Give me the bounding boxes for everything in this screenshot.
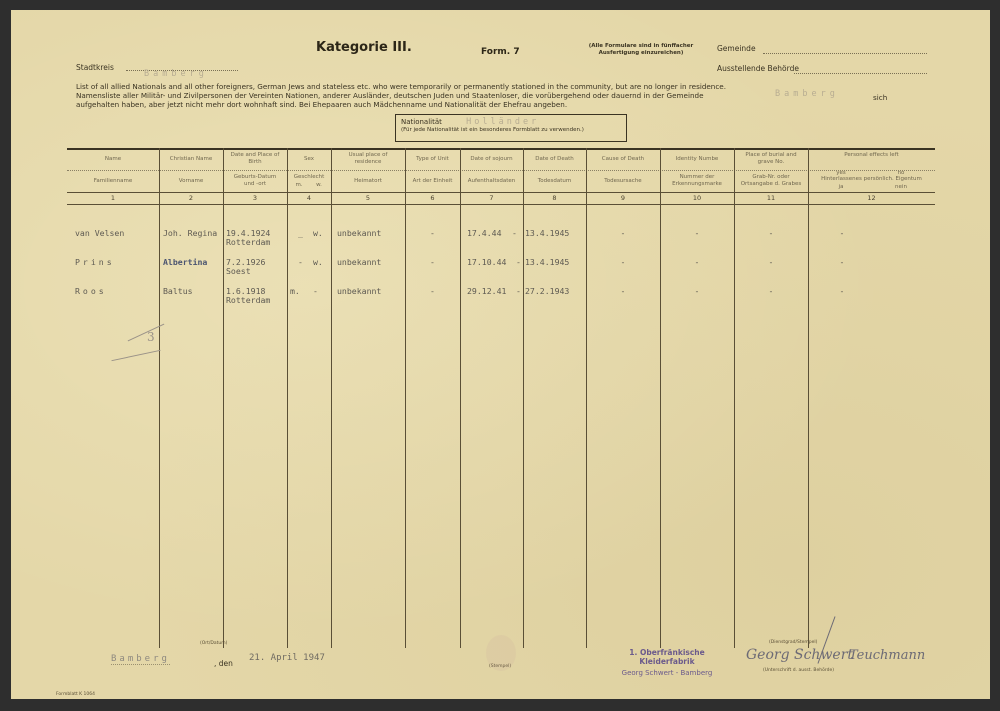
gemeinde-field[interactable]: [763, 44, 927, 54]
col11-en: Place of burial and grave No.: [739, 152, 803, 166]
cell-death: 13.4.1945: [525, 258, 569, 267]
col-divider: [523, 148, 524, 648]
rank-caption: (Dienstgrad/Stempel): [769, 640, 817, 645]
col6-en: Type of Unit: [405, 156, 460, 163]
cell-sojourn: 29.12.41: [467, 287, 506, 296]
cell-residence: unbekannt: [337, 258, 381, 267]
col12-ja: ja: [831, 184, 851, 191]
cell-grave: -: [734, 229, 808, 238]
cell-effects: -: [808, 229, 876, 238]
company-stamp: 1. Oberfränkische Kleiderfabrik Georg Sc…: [607, 648, 727, 677]
cell-sojourn: 17.4.44: [467, 229, 502, 238]
cell-cause: -: [586, 287, 660, 296]
col5-en: Usual place of residence: [341, 152, 395, 166]
numbers-bottom-rule: [67, 204, 935, 205]
col7-de: Aufenthaltsdaten: [460, 178, 523, 185]
cell-name: Roos: [75, 287, 107, 296]
col-divider: [586, 148, 587, 648]
col12-de: Hinterlassenes persönlich. Eigentum: [808, 176, 935, 183]
col3-en: Date and Place of Birth: [229, 152, 281, 166]
form-code: Formblatt K 1064: [56, 692, 95, 697]
col-divider: [223, 148, 224, 648]
col9-de: Todesursache: [586, 178, 660, 185]
header-bottom-rule: [67, 192, 935, 193]
col5-de: Heimatort: [331, 178, 405, 185]
nationality-note: (Für jede Nationalität ist ein besondere…: [401, 127, 621, 133]
cell-unit: -: [405, 287, 460, 296]
document-page: Kategorie III. Form. 7 (Alle Formulare s…: [11, 10, 990, 699]
cell-sojourn: 17.10.44: [467, 258, 506, 267]
col-divider: [734, 148, 735, 648]
col1-num: 1: [67, 194, 159, 202]
cell-sex-w: w.: [313, 258, 323, 267]
cell-sex-w: w.: [313, 229, 323, 238]
col1-en: Name: [67, 156, 159, 163]
gemeinde-label: Gemeinde: [717, 44, 756, 53]
cell-death: 27.2.1943: [525, 287, 569, 296]
col10-de: Nummer der Erkennungsmarke: [670, 174, 724, 188]
signature-1: Georg Schwert: [746, 647, 853, 663]
form-number: Form. 7: [481, 47, 520, 57]
col4-m: m.: [291, 182, 307, 189]
nationality-value: Holländer: [466, 117, 539, 127]
cell-death: 13.4.1945: [525, 229, 569, 238]
col-divider: [287, 148, 288, 648]
col7-num: 7: [460, 194, 523, 202]
behoerde-field[interactable]: [794, 64, 927, 74]
col6-de: Art der Einheit: [405, 178, 460, 185]
cell-name: Prins: [75, 258, 115, 267]
intro-english: List of all allied Nationals and all oth…: [76, 82, 726, 91]
col4-de: Geschlecht: [287, 174, 331, 181]
col6-num: 6: [405, 194, 460, 202]
col7-en: Date of sojourn: [460, 156, 523, 163]
cell-birth-place: Soest: [226, 267, 251, 276]
col-divider: [405, 148, 406, 648]
date-field: 21. April 1947: [249, 653, 325, 663]
col10-en: Identity Numbe: [660, 156, 734, 163]
stadtkreis-label: Stadtkreis: [76, 63, 114, 72]
place-field: Bamberg: [111, 654, 170, 665]
nationality-box: Nationalität Holländer (Für jede Nationa…: [395, 114, 627, 142]
cell-id: -: [660, 229, 734, 238]
col1-de: Familienname: [67, 178, 159, 185]
col8-num: 8: [523, 194, 586, 202]
col4-en: Sex: [287, 156, 331, 163]
cell-name: van Velsen: [75, 229, 124, 238]
cell-cause: -: [586, 258, 660, 267]
den-label: , den: [214, 659, 233, 668]
cell-id: -: [660, 258, 734, 267]
cell-cause: -: [586, 229, 660, 238]
intro-german-line1: Namensliste aller Militär- und Zivilpers…: [76, 91, 704, 100]
cell-vorname: Joh. Regina: [163, 229, 217, 238]
cell-grave: -: [734, 258, 808, 267]
faded-seal: [486, 635, 516, 671]
col2-num: 2: [159, 194, 223, 202]
col10-num: 10: [660, 194, 734, 202]
col4-num: 4: [287, 194, 331, 202]
intro-german-line2: aufgehalten haben, aber jetzt nicht mehr…: [76, 100, 567, 109]
nationality-label: Nationalität: [401, 118, 442, 126]
cell-birth-place: Rotterdam: [226, 296, 270, 305]
cell-effects: -: [808, 258, 876, 267]
col2-de: Vorname: [159, 178, 223, 185]
cell-grave: -: [734, 287, 808, 296]
col11-num: 11: [734, 194, 808, 202]
col11-de: Grab-Nr. oder Ortsangabe d. Grabes: [737, 174, 805, 188]
header-separator: [67, 170, 935, 171]
col12-num: 12: [808, 194, 935, 202]
copies-note: (Alle Formulare sind in fünffacher Ausfe…: [571, 43, 711, 57]
col4-w: w.: [311, 182, 327, 189]
cell-sex-m: _: [298, 229, 303, 238]
cell-sex-m: -: [298, 258, 303, 267]
intro-sich: sich: [873, 93, 887, 102]
cell-vorname: Baltus: [163, 287, 193, 296]
col5-num: 5: [331, 194, 405, 202]
col8-de: Todesdatum: [523, 178, 586, 185]
pencil-mark: [111, 350, 160, 361]
col9-num: 9: [586, 194, 660, 202]
cell-birth-place: Rotterdam: [226, 238, 270, 247]
cell-id: -: [660, 287, 734, 296]
cell-residence: unbekannt: [337, 229, 381, 238]
cell-effects: -: [808, 287, 876, 296]
cell-sex-w: -: [313, 287, 318, 296]
col-divider: [460, 148, 461, 648]
behoerde-label: Ausstellende Behörde: [717, 64, 799, 73]
cell-unit: -: [405, 258, 460, 267]
cell-sex-m: m.: [290, 287, 300, 296]
cell-vorname: Albertina: [163, 258, 207, 267]
col3-de: Geburts-Datum und -ort: [229, 174, 281, 188]
place-date-caption: (Ort/Datum): [200, 641, 227, 646]
cell-unit: -: [405, 229, 460, 238]
gemeinde-fill: Bamberg: [775, 89, 839, 99]
signature-caption: (Unterschrift d. ausst. Behörde): [763, 668, 834, 673]
col-divider: [331, 148, 332, 648]
col9-en: Cause of Death: [586, 156, 660, 163]
margin-number: 3: [147, 330, 155, 344]
col12-en: Personal effects left: [808, 152, 935, 159]
col8-en: Date of Death: [523, 156, 586, 163]
table-top-rule: [67, 148, 935, 150]
col-divider: [159, 148, 160, 648]
col-divider: [660, 148, 661, 648]
stadtkreis-field[interactable]: Bamberg: [126, 61, 238, 71]
col3-num: 3: [223, 194, 287, 202]
form-title: Kategorie III.: [316, 40, 412, 55]
col2-en: Christian Name: [159, 156, 223, 163]
signature-2: Teuchmann: [849, 648, 925, 663]
col12-nein: nein: [891, 184, 911, 191]
cell-residence: unbekannt: [337, 287, 381, 296]
col-divider: [808, 148, 809, 648]
